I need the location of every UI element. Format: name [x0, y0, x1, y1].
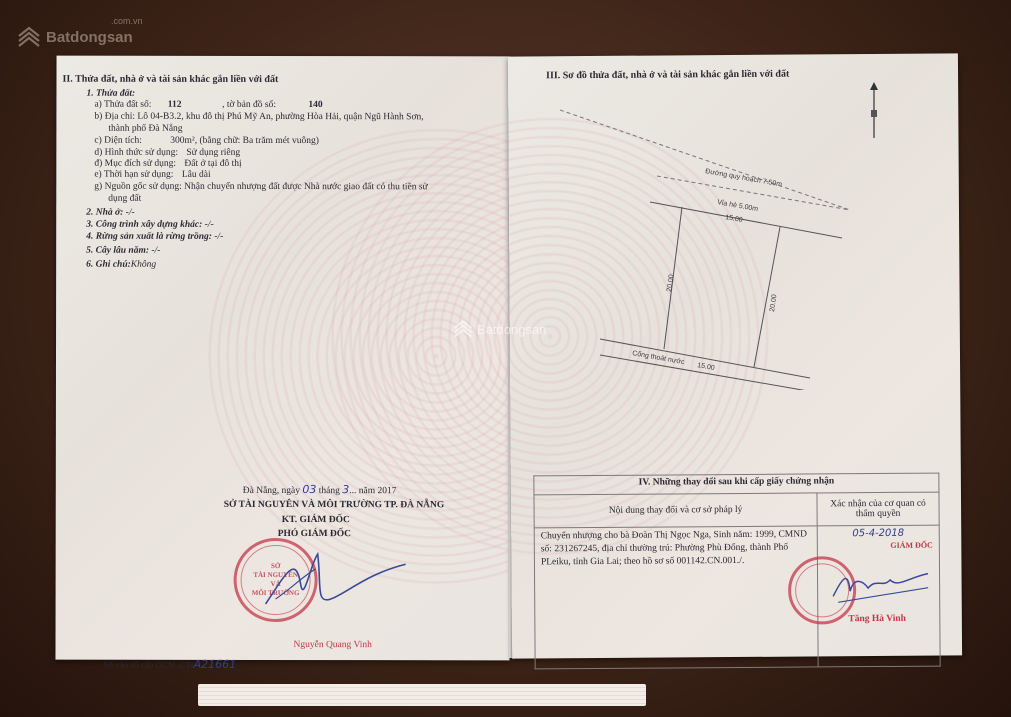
registry-number: Số vào sổ cấp GCN: CTsA21661 — [103, 659, 236, 671]
parcel-number: 112 — [168, 99, 220, 111]
signature-right — [828, 566, 938, 607]
confirm-signer: Tăng Hà Vinh — [848, 614, 906, 624]
change-confirmation: 05-4-2018 GIÁM ĐỐC Tăng Hà Vinh — [817, 525, 940, 667]
top-edge-label: 15.00 — [725, 214, 744, 224]
road-label: Đường quy hoạch 7.50m — [705, 168, 783, 188]
area-value: 300m², (bằng chữ: Ba trăm mét vuông) — [170, 136, 319, 146]
right-edge-label: 20.00 — [769, 294, 778, 312]
watermark-domain: .com.vn — [111, 16, 143, 26]
parcel-number-row: a) Thửa đất số: 112 , tờ bản đồ số: 140 — [94, 99, 322, 111]
item4-plantation: 4. Rừng sản xuất là rừng trồng: -/- — [86, 231, 223, 243]
issue-day: 03 — [302, 483, 316, 496]
item2-house: 2. Nhà ở: -/- — [86, 207, 134, 219]
section-ii-title: II. Thửa đất, nhà ở và tài sản khác gắn … — [62, 74, 278, 86]
item5-perennial: 5. Cây lâu năm: -/- — [86, 245, 160, 257]
confirm-date: 05-4-2018 — [824, 528, 933, 540]
col-content-header: Nội dung thay đổi và cơ sở pháp lý — [534, 493, 817, 528]
house-stack-logo-icon — [16, 24, 42, 50]
land-plot-diagram: Đường quy hoạch 7.50m Vỉa hè 5.00m 15.00… — [560, 80, 880, 390]
deputy-director: PHÓ GIÁM ĐỐC — [278, 528, 351, 540]
item3-other-works: 3. Công trình xây dựng khác: -/- — [86, 219, 213, 231]
changes-table: IV. Những thay đổi sau khi cấp giấy chứn… — [533, 473, 940, 670]
sidewalk-label: Vỉa hè 5.00m — [717, 198, 759, 213]
batdongsan-watermark: Batdongsan .com.vn — [16, 24, 133, 50]
origin-line-2: dụng đất — [108, 193, 141, 205]
item6-notes: 6. Ghi chú:Không — [86, 259, 156, 271]
north-arrow-icon — [870, 82, 878, 138]
address-line-1: b) Địa chỉ: Lô 04-B3.2, khu đô thị Phú M… — [94, 111, 423, 124]
address-line-2: thành phố Đà Nẵng — [108, 123, 182, 135]
signature-left — [256, 544, 436, 614]
drain-label: Cống thoát nước — [632, 348, 686, 366]
origin-line-1: g) Nguồn gốc sử dụng: Nhận chuyển nhượng… — [94, 181, 427, 194]
batdongsan-center-watermark: Batdongsan — [452, 318, 546, 340]
issue-date: Đà Nẵng, ngày 03 tháng 3... năm 2017 — [243, 484, 397, 497]
issue-month: 3 — [342, 483, 349, 496]
house-stack-logo-icon — [452, 318, 474, 340]
kt-director: KT. GIÁM ĐỐC — [282, 514, 350, 526]
confirm-title: GIÁM ĐỐC — [824, 541, 933, 551]
signer-name-left: Nguyễn Quang Vinh — [293, 639, 371, 651]
col-confirm-header: Xác nhận của cơ quan có thẩm quyền — [817, 492, 939, 526]
usage-term-row: e) Thời hạn sử dụng: Lâu dài — [94, 169, 210, 181]
bottom-edge-label: 15.00 — [697, 362, 716, 372]
area-row: c) Diện tích: 300m², (bằng chữ: Ba trăm … — [94, 135, 319, 147]
underlying-pages — [198, 684, 646, 706]
map-sheet-number: 140 — [308, 100, 322, 110]
left-edge-label: 20.00 — [666, 274, 675, 292]
watermark-brand: Batdongsan — [46, 29, 133, 46]
table-row: Chuyển nhượng cho bà Đoàn Thị Ngọc Nga, … — [534, 525, 940, 669]
change-content: Chuyển nhượng cho bà Đoàn Thị Ngọc Nga, … — [534, 526, 818, 669]
